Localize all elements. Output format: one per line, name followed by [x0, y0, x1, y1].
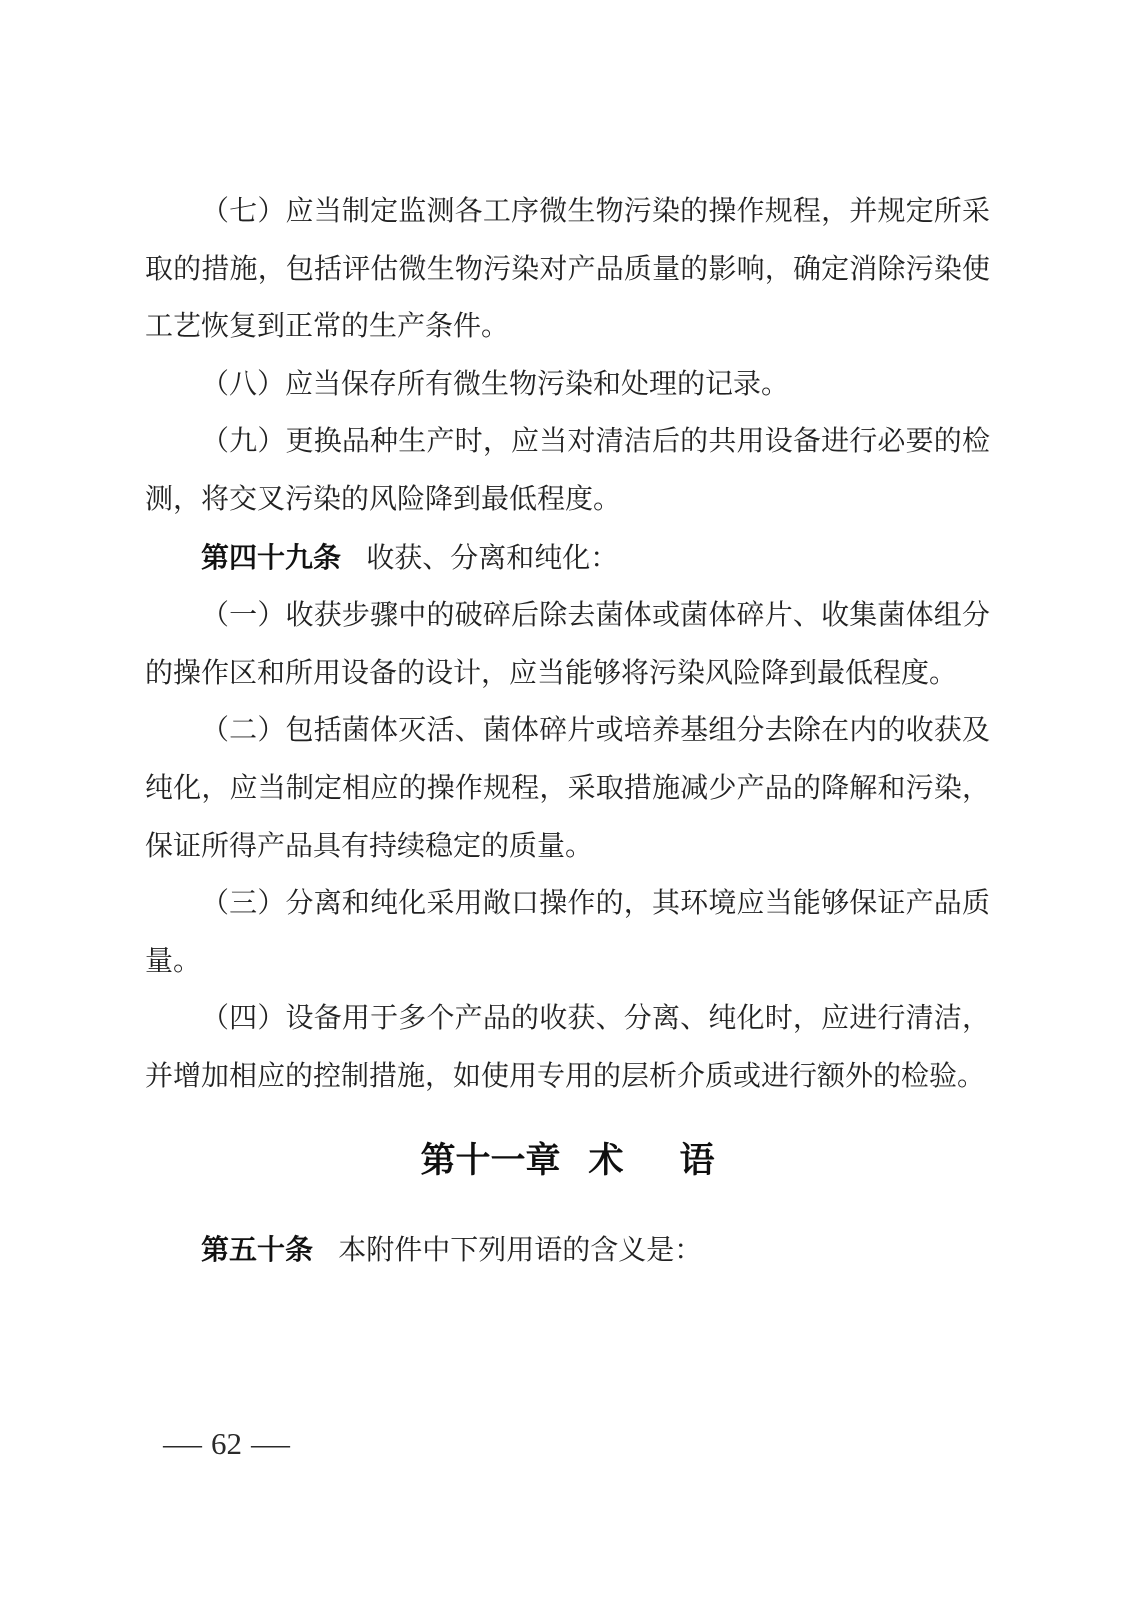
article-49-text: 收获、分离和纯化： — [366, 543, 618, 574]
article-49-label: 第四十九条 — [201, 542, 341, 573]
chapter-number: 第十一章 — [420, 1141, 560, 1180]
page-number-dash-left: — — [163, 1424, 202, 1464]
article-50-label: 第五十条 — [201, 1234, 313, 1265]
document-page: （七）应当制定监测各工序微生物污染的操作规程，并规定所采取的措施，包括评估微生物… — [0, 0, 1131, 1600]
chapter-title-part2: 语 — [680, 1141, 715, 1180]
chapter-11-heading: 第十一章术语 — [145, 1132, 990, 1190]
article-49-item-2: （二）包括菌体灭活、菌体碎片或培养基组分去除在内的收获及纯化，应当制定相应的操作… — [145, 702, 990, 875]
clause-paragraph-9: （九）更换品种生产时，应当对清洁后的共用设备进行必要的检测，将交叉污染的风险降到… — [145, 413, 990, 528]
article-49-item-3: （三）分离和纯化采用敞口操作的，其环境应当能够保证产品质量。 — [145, 875, 990, 990]
page-content: （七）应当制定监测各工序微生物污染的操作规程，并规定所采取的措施，包括评估微生物… — [145, 183, 990, 1280]
article-49-item-4: （四）设备用于多个产品的收获、分离、纯化时，应进行清洁，并增加相应的控制措施，如… — [145, 990, 990, 1105]
chapter-title-part1: 术 — [588, 1141, 623, 1180]
clause-paragraph-7: （七）应当制定监测各工序微生物污染的操作规程，并规定所采取的措施，包括评估微生物… — [145, 183, 990, 356]
clause-paragraph-8: （八）应当保存所有微生物污染和处理的记录。 — [145, 356, 990, 414]
article-50-text: 本附件中下列用语的含义是： — [338, 1235, 702, 1266]
article-49-paragraph: 第四十九条收获、分离和纯化： — [145, 529, 990, 588]
article-50-paragraph: 第五十条本附件中下列用语的含义是： — [145, 1221, 990, 1280]
page-number: 62 — [211, 1424, 242, 1464]
page-number-footer: — 62 — — [167, 1424, 286, 1464]
page-number-dash-right: — — [251, 1424, 290, 1464]
article-49-item-1: （一）收获步骤中的破碎后除去菌体或菌体碎片、收集菌体组分的操作区和所用设备的设计… — [145, 587, 990, 702]
